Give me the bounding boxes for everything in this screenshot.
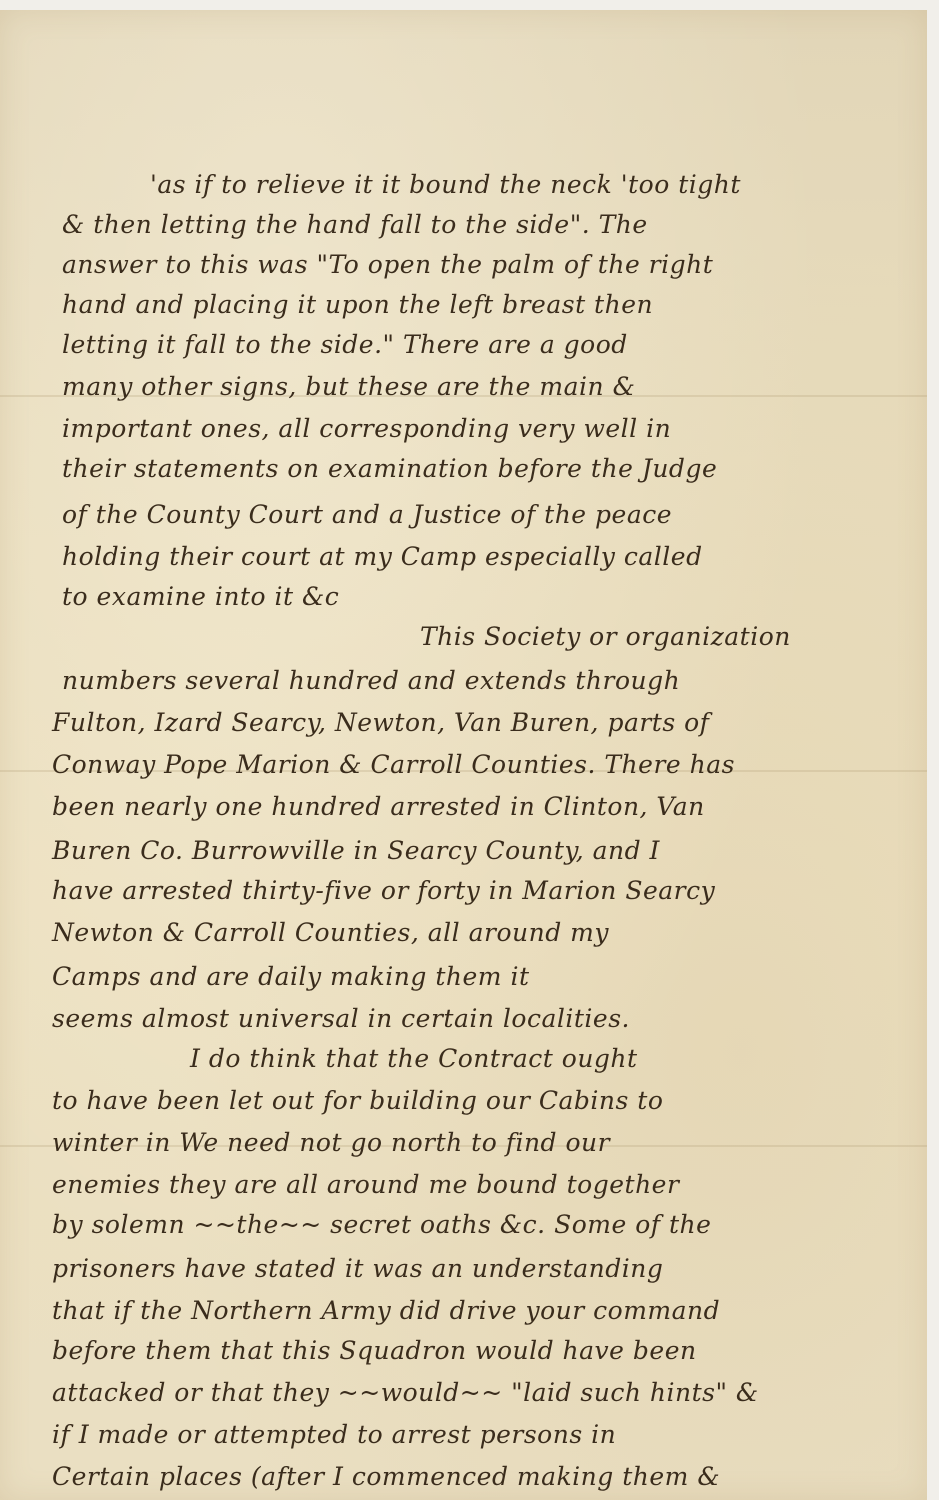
text-line: Fulton, Izard Searcy, Newton, Van Buren,… (52, 708, 709, 737)
text-line: of the County Court and a Justice of the… (62, 500, 672, 529)
text-line: to have been let out for building our Ca… (52, 1086, 663, 1115)
text-line: to examine into it &c (62, 582, 339, 611)
text-line: their statements on examination before t… (62, 454, 717, 483)
text-line: been nearly one hundred arrested in Clin… (52, 792, 705, 821)
text-line: if I made or attempted to arrest persons… (52, 1420, 616, 1449)
text-line: holding their court at my Camp especiall… (62, 542, 703, 571)
text-line: have arrested thirty-five or forty in Ma… (52, 876, 715, 905)
text-line: by solemn ~~the~~ secret oaths &c. Some … (52, 1210, 711, 1239)
text-line: Conway Pope Marion & Carroll Counties. T… (52, 750, 735, 779)
letter-page: 'as if to relieve it it bound the neck '… (0, 10, 927, 1500)
text-line: important ones, all corresponding very w… (62, 414, 671, 443)
text-line: before them that this Squadron would hav… (52, 1336, 697, 1365)
text-line: Buren Co. Burrowville in Searcy County, … (52, 836, 660, 865)
text-line: & then letting the hand fall to the side… (62, 210, 648, 239)
text-line: Newton & Carroll Counties, all around my (52, 918, 609, 947)
text-line: many other signs, but these are the main… (62, 372, 635, 401)
text-line: attacked or that they ~~would~~ "laid su… (52, 1378, 759, 1407)
text-line: hand and placing it upon the left breast… (62, 290, 653, 319)
text-line: enemies they are all around me bound tog… (52, 1170, 679, 1199)
text-line: I do think that the Contract ought (190, 1044, 638, 1073)
text-line: seems almost universal in certain locali… (52, 1004, 630, 1033)
text-line: that if the Northern Army did drive your… (52, 1296, 720, 1325)
text-line: numbers several hundred and extends thro… (62, 666, 680, 695)
text-line: 'as if to relieve it it bound the neck '… (150, 170, 741, 199)
text-line: answer to this was "To open the palm of … (62, 250, 713, 279)
text-line: Certain places (after I commenced making… (52, 1462, 720, 1491)
text-line: winter in We need not go north to find o… (52, 1128, 610, 1157)
text-line: letting it fall to the side." There are … (62, 330, 628, 359)
text-line: This Society or organization (420, 622, 791, 651)
text-line: prisoners have stated it was an understa… (52, 1254, 663, 1283)
text-line: Camps and are daily making them it (52, 962, 530, 991)
